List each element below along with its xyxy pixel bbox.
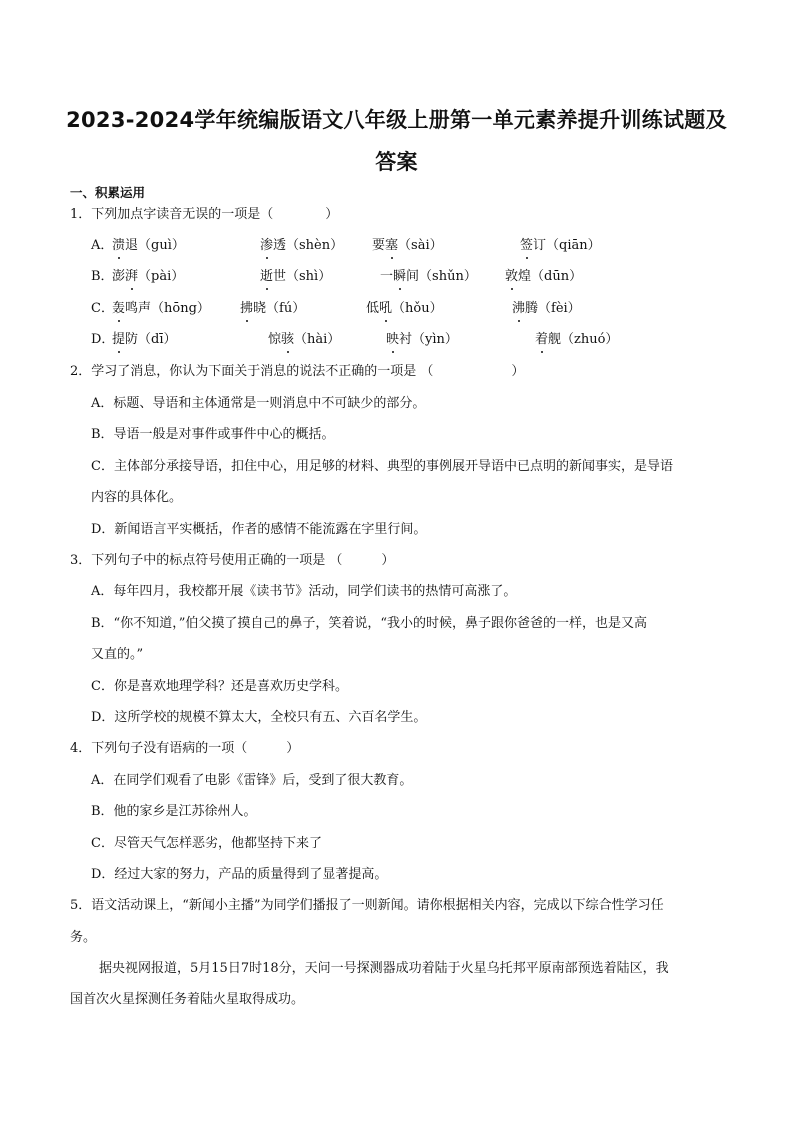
item-text: 低 (366, 301, 379, 316)
item-text: 一 (380, 269, 393, 284)
pinyin-item: 沸腾（fèi） (512, 300, 581, 318)
emphasis-dot-char: 瞬 (393, 268, 406, 286)
pinyin-item: 映衬（yìn） (386, 331, 458, 349)
question-4-stem: 4．下列句子没有语病的一项（ ） (70, 740, 299, 758)
emphasis-dot-char: 签 (520, 237, 533, 255)
emphasis-dot-char: 敦 (505, 268, 518, 286)
question-3-option-d: D．这所学校的规模不算太大，全校只有五、六百名学生。 (91, 709, 426, 727)
document-title-line2: 答案 (0, 146, 793, 176)
pinyin-item: 澎湃（pài） (112, 268, 184, 286)
question-2-stem: 2．学习了消息，你认为下面关于消息的说法不正确的一项是 （ ） (70, 363, 524, 381)
question-2-option-a: A．标题、导语和主体通常是一则消息中不可缺少的部分。 (91, 395, 425, 413)
option-label: D． (91, 331, 114, 349)
news-paragraph-cont: 国首次火星探测任务着陆火星取得成功。 (70, 991, 304, 1009)
emphasis-dot-char: 吼 (379, 300, 392, 318)
question-5-stem-cont: 务。 (70, 929, 96, 947)
document-title-line1: 2023-2024学年统编版语文八年级上册第一单元素养提升训练试题及 (0, 104, 793, 134)
pinyin-item: 逝世（shì） (260, 268, 331, 286)
emphasis-dot-char: 映 (386, 331, 399, 349)
item-text: 惊 (268, 332, 281, 347)
pinyin-item: 敦煌（dūn） (505, 268, 582, 286)
item-text: 退（guì） (125, 238, 185, 253)
pinyin-item: 渗透（shèn） (260, 237, 343, 255)
emphasis-dot-char: 塞 (385, 237, 398, 255)
section-heading: 一、积累运用 (70, 183, 145, 201)
question-3-option-a: A．每年四月，我校都开展《读书节》活动，同学们读书的热情可高涨了。 (91, 583, 516, 601)
emphasis-dot-char: 轰 (112, 300, 125, 318)
question-4-option-b: B．他的家乡是江苏徐州人。 (91, 803, 257, 821)
pinyin-item: 轰鸣声（hōng） (112, 300, 210, 318)
option-label: A． (91, 237, 113, 255)
question-2-option-d: D．新闻语言平实概括，作者的感情不能流露在字里行间。 (91, 521, 426, 539)
pinyin-item: 一瞬间（shǔn） (380, 268, 477, 286)
question-5-stem: 5．语文活动课上，“新闻小主播”为同学们播报了一则新闻。请你根据相关内容，完成以… (70, 897, 664, 915)
emphasis-dot-char: 溃 (112, 237, 125, 255)
question-1-stem: 1．下列加点字读音无误的一项是（ ） (70, 206, 338, 224)
item-text: 订（qiān） (533, 238, 601, 253)
pinyin-item: 低吼（hǒu） (366, 300, 443, 318)
pinyin-item: 惊骇（hài） (268, 331, 340, 349)
emphasis-dot-char: 湃 (125, 268, 138, 286)
emphasis-dot-char: 骇 (281, 331, 294, 349)
item-text: 世（shì） (273, 269, 331, 284)
item-text: 间（shǔn） (406, 269, 477, 284)
question-3-option-c: C．你是喜欢地理学科？还是喜欢历史学科。 (91, 678, 348, 696)
emphasis-dot-char: 着 (535, 331, 548, 349)
item-text: 鸣声（hōng） (125, 301, 210, 316)
question-4-option-c: C．尽管天气怎样恶劣，他都坚持下来了 (91, 835, 322, 853)
emphasis-dot-char: 渗 (260, 237, 273, 255)
emphasis-dot-char: 逝 (260, 268, 273, 286)
item-text: （pài） (138, 269, 184, 284)
question-3-stem: 3．下列句子中的标点符号使用正确的一项是 （ ） (70, 552, 394, 570)
emphasis-dot-char: 拂 (240, 300, 253, 318)
item-text: 煌（dūn） (518, 269, 582, 284)
item-text: （hài） (294, 332, 340, 347)
item-text: 要 (372, 238, 385, 253)
item-text: （sài） (398, 238, 443, 253)
question-2-option-b: B．导语一般是对事件或事件中心的概括。 (91, 426, 335, 444)
pinyin-item: 溃退（guì） (112, 237, 185, 255)
item-text: 透（shèn） (273, 238, 343, 253)
option-label: C． (91, 300, 114, 318)
question-3-option-b: B．“你不知道，”伯父摸了摸自己的鼻子，笑着说，“我小的时候，鼻子跟你爸爸的一样… (91, 615, 647, 633)
emphasis-dot-char: 提 (112, 331, 125, 349)
question-2-option-c: C．主体部分承接导语，扣住中心，用足够的材料、典型的事例展开导语中已点明的新闻事… (91, 458, 673, 476)
pinyin-item: 提防（dī） (112, 331, 177, 349)
item-text: 晓（fú） (253, 301, 305, 316)
item-text: 舰（zhuó） (548, 332, 618, 347)
question-4-option-d: D．经过大家的努力，产品的质量得到了显著提高。 (91, 866, 387, 884)
pinyin-item: 拂晓（fú） (240, 300, 305, 318)
item-text: 防（dī） (125, 332, 176, 347)
item-text: 衬（yìn） (399, 332, 458, 347)
emphasis-dot-char: 沸 (512, 300, 525, 318)
item-text: 澎 (112, 269, 125, 284)
question-2-option-c-cont: 内容的具体化。 (91, 489, 182, 507)
question-4-option-a: A．在同学们观看了电影《雷锋》后，受到了很大教育。 (91, 772, 412, 790)
question-3-option-b-cont: 又直的。” (91, 646, 143, 664)
item-text: （hǒu） (392, 301, 443, 316)
pinyin-item: 签订（qiān） (520, 237, 601, 255)
news-paragraph: 据央视网报道，5月15日7时18分，天问一号探测器成功着陆于火星乌托邦平原南部预… (99, 960, 669, 978)
option-label: B． (91, 268, 114, 286)
pinyin-item: 要塞（sài） (372, 237, 443, 255)
item-text: 腾（fèi） (525, 301, 581, 316)
pinyin-item: 着舰（zhuó） (535, 331, 618, 349)
